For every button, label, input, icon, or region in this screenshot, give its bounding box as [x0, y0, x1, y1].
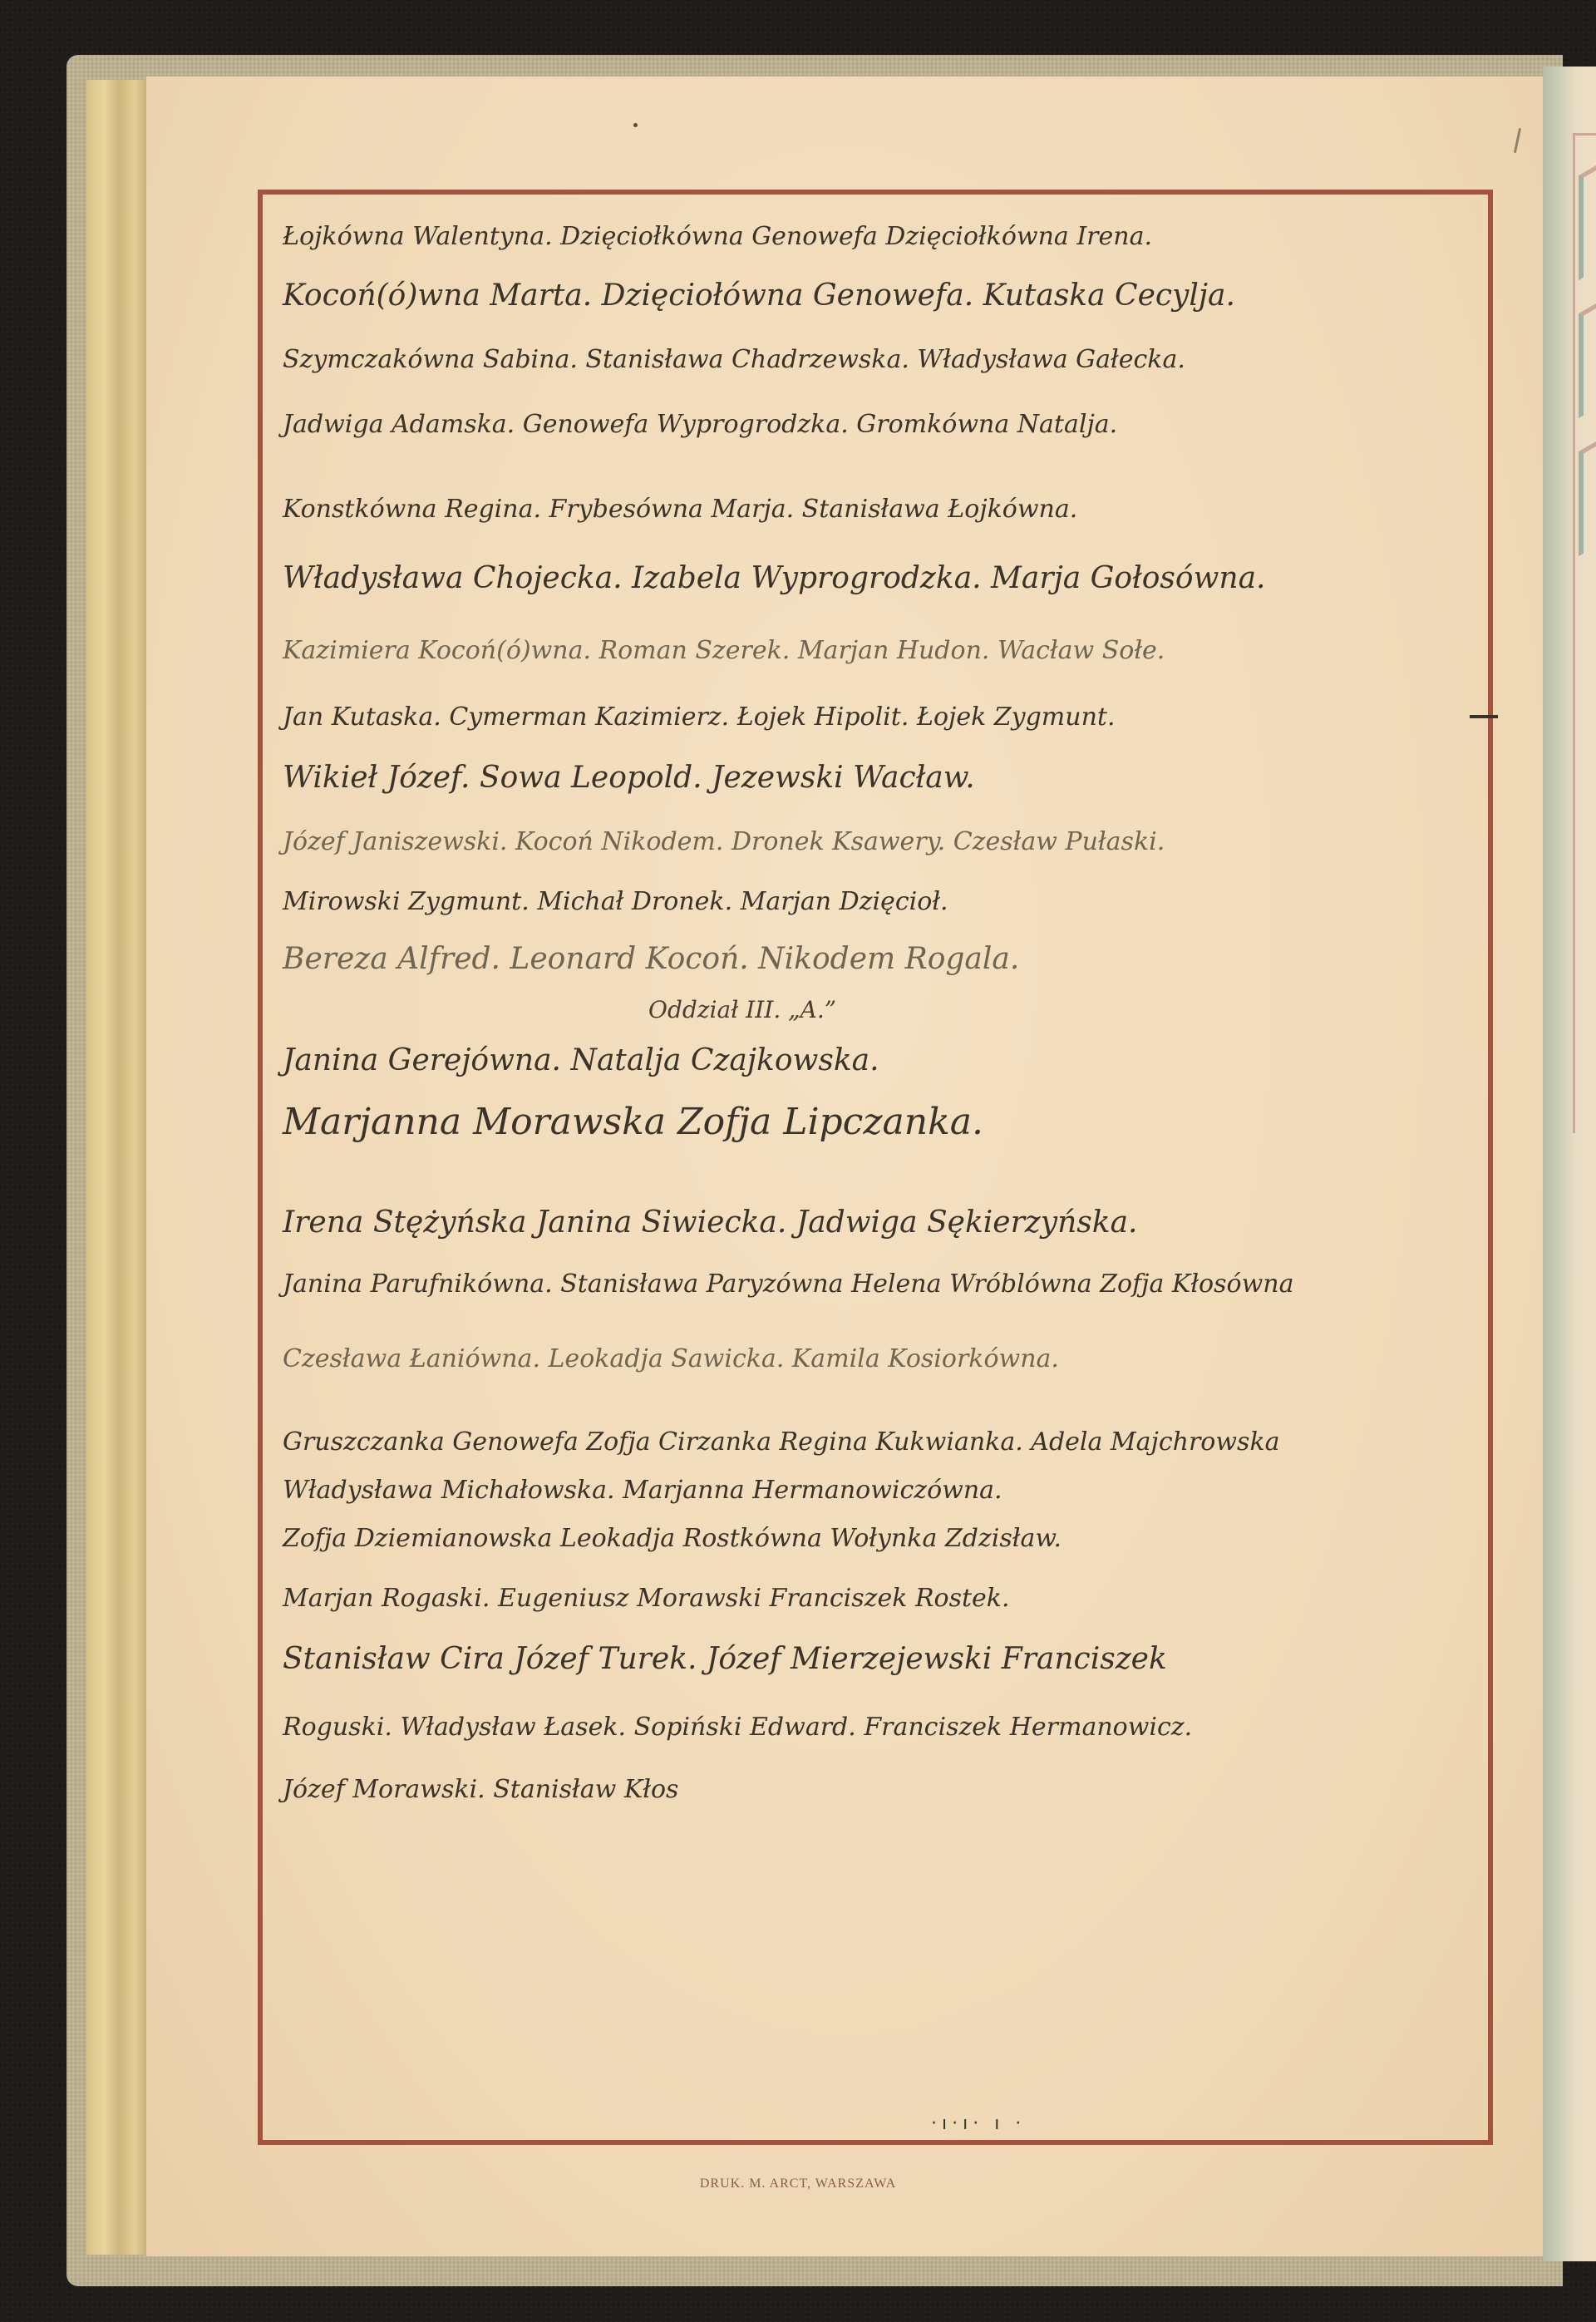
signature-list: Łojkówna Walentyna. Dzięciołkówna Genowe…: [283, 206, 1480, 1952]
signature-line: Mirowski Zygmunt. Michał Dronek. Marjan …: [283, 890, 948, 915]
signature-line: Łojkówna Walentyna. Dzięciołkówna Genowe…: [283, 224, 1152, 249]
signature-line: Konstkówna Regina. Frybesówna Marja. Sta…: [283, 497, 1077, 522]
signature-line: Marjanna Morawska Zofja Lipczanka.: [283, 1104, 983, 1141]
signature-line: Kocoń(ó)wna Marta. Dzięciołówna Genowefa…: [283, 281, 1235, 311]
adjacent-page-ornament: [1573, 133, 1596, 1133]
stray-ink-marks: ·ı·ı· ı ·: [931, 2113, 1026, 2134]
signature-line: Stanisław Cira Józef Turek. Józef Mierze…: [283, 1644, 1167, 1674]
signature-line: Kazimiera Kocoń(ó)wna. Roman Szerek. Mar…: [283, 638, 1165, 663]
ink-dot: [633, 123, 638, 127]
signature-line: Jan Kutaska. Cymerman Kazimierz. Łojek H…: [283, 705, 1115, 730]
signature-line: Janina Gerejówna. Natalja Czajkowska.: [283, 1046, 879, 1076]
signature-line: Czesława Łaniówna. Leokadja Sawicka. Kam…: [283, 1347, 1059, 1372]
signature-line: Irena Stężyńska Janina Siwiecka. Jadwiga…: [283, 1208, 1137, 1238]
signature-line: Marjan Rogaski. Eugeniusz Morawski Franc…: [283, 1586, 1010, 1611]
page-edges: [86, 80, 148, 2255]
section-heading: Oddział III. „A.”: [648, 996, 836, 1023]
signature-line: Józef Morawski. Stanisław Kłos: [283, 1777, 678, 1802]
signature-line: Wikieł Józef. Sowa Leopold. Jezewski Wac…: [283, 763, 975, 793]
signature-line: Bereza Alfred. Leonard Kocoń. Nikodem Ro…: [283, 944, 1019, 974]
signature-line: Józef Janiszewski. Kocoń Nikodem. Dronek…: [283, 830, 1165, 855]
signature-line: Gruszczanka Genowefa Zofja Cirzanka Regi…: [283, 1430, 1280, 1455]
signature-line: Władysława Michałowska. Marjanna Hermano…: [283, 1478, 1002, 1503]
signature-line: Jadwiga Adamska. Genowefa Wyprogrodzka. …: [283, 412, 1117, 437]
signature-line: Janina Parufnikówna. Stanisława Paryzówn…: [283, 1272, 1293, 1297]
printer-imprint: DRUK. M. ARCT, WARSZAWA: [0, 2177, 1596, 2191]
signature-line: Zofja Dziemianowska Leokadja Rostkówna W…: [283, 1526, 1062, 1551]
signature-line: Szymczakówna Sabina. Stanisława Chadrzew…: [283, 348, 1185, 372]
adjacent-page-edge: [1543, 67, 1596, 2261]
signature-line: Roguski. Władysław Łasek. Sopiński Edwar…: [283, 1715, 1192, 1740]
signature-line: Władysława Chojecka. Izabela Wyprogrodzk…: [283, 564, 1265, 594]
